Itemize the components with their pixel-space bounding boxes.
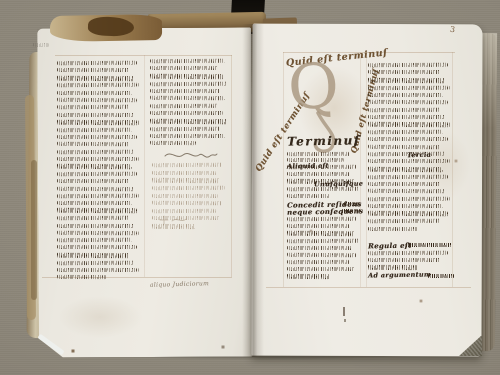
torn-edge-layer [31, 160, 37, 300]
script-line [150, 89, 220, 93]
script-line [368, 189, 445, 193]
closing-lemma: Ad argumentum [368, 270, 431, 279]
script-line [150, 126, 220, 130]
inline-lemma: Unuſquiſque [314, 180, 363, 189]
col-d-tail-text [368, 251, 452, 273]
ruling-line [283, 52, 284, 287]
script-line [57, 61, 137, 65]
ruling-line [231, 55, 232, 277]
script-line [57, 260, 134, 264]
script-line [368, 159, 450, 163]
script-line [57, 172, 137, 176]
col-d-main-text [368, 63, 452, 234]
script-line [57, 105, 129, 109]
script-line [57, 75, 134, 80]
script-line [287, 238, 359, 242]
parchment-stain [58, 296, 142, 338]
script-line [368, 219, 440, 223]
script-line [368, 196, 450, 201]
script-line [150, 118, 227, 123]
script-line [368, 182, 440, 186]
inline-lemma: Tercia [407, 151, 431, 159]
script-line [57, 68, 129, 72]
script-line [368, 211, 448, 216]
faint-shelfmark [33, 43, 50, 48]
script-line [368, 93, 443, 97]
script-line [368, 251, 448, 255]
script-line [57, 157, 139, 161]
manuscript-photo: aliquo Judiciorum 3 Quid eſt terminuſ Qu… [0, 0, 500, 375]
script-line [368, 107, 440, 111]
script-line [152, 186, 225, 190]
script-dash [342, 209, 360, 213]
script-line [57, 252, 129, 257]
script-line [287, 259, 350, 263]
script-line [368, 167, 443, 172]
script-line [287, 273, 329, 278]
script-line [57, 194, 139, 199]
quire-mark [343, 307, 345, 316]
script-line [150, 111, 223, 115]
script-line [57, 149, 134, 153]
script-line [57, 179, 129, 183]
script-dash [406, 243, 452, 247]
script-line [57, 238, 132, 242]
script-line [287, 217, 356, 221]
script-line [150, 96, 225, 100]
script-line [368, 145, 440, 149]
script-line [152, 163, 222, 167]
script-line [287, 224, 350, 228]
script-line [57, 231, 139, 236]
quire-mark-dot [344, 319, 346, 322]
script-line [368, 204, 443, 208]
ghost-flourish-cross [158, 214, 188, 226]
script-line [368, 100, 448, 104]
script-line [150, 134, 225, 138]
script-line [150, 141, 196, 145]
script-line [57, 216, 129, 220]
script-line [57, 224, 134, 228]
script-line [57, 201, 132, 205]
script-line [57, 268, 139, 272]
script-line [368, 85, 450, 90]
col-c-paragraph-2 [287, 217, 360, 281]
script-line [152, 201, 222, 205]
script-dash [428, 274, 454, 278]
script-line [287, 172, 350, 176]
script-line [152, 171, 216, 175]
foxing-specks [0, 0, 2, 2]
gutter-shadow [242, 24, 264, 357]
script-line [287, 194, 329, 198]
script-line [368, 174, 448, 178]
pen-flourish [163, 150, 219, 160]
script-line [57, 98, 137, 102]
section-header-terminus: Terminuſ [287, 133, 361, 148]
script-line [150, 74, 223, 79]
script-line [287, 267, 354, 271]
script-line [57, 113, 134, 117]
script-line [57, 83, 139, 88]
script-line [57, 135, 137, 139]
script-line [150, 59, 225, 63]
script-line [152, 178, 220, 183]
script-line [368, 265, 417, 270]
ruling-line [452, 52, 453, 287]
script-line [150, 81, 227, 85]
script-line [57, 120, 139, 125]
script-line [152, 208, 216, 212]
script-line [57, 142, 129, 146]
script-line [287, 252, 356, 256]
script-line [57, 164, 132, 169]
left-column-a-text [57, 61, 141, 282]
script-line [368, 122, 450, 127]
ruling-line [360, 52, 361, 287]
script-line [57, 127, 132, 131]
script-line [287, 152, 350, 156]
script-line [287, 231, 354, 236]
script-line [368, 227, 417, 231]
script-line [57, 245, 137, 249]
script-line [57, 208, 137, 213]
script-line [57, 91, 132, 95]
script-line [368, 137, 448, 141]
script-line [150, 104, 218, 108]
script-line [368, 70, 440, 74]
script-line [368, 130, 443, 134]
script-line [287, 246, 352, 250]
script-line [57, 275, 106, 279]
script-line [33, 43, 49, 47]
script-line [368, 77, 445, 82]
script-line [368, 258, 440, 262]
script-line [152, 194, 218, 198]
ruling-line [144, 55, 145, 277]
script-line [57, 186, 134, 190]
script-dash [344, 202, 360, 206]
script-line [368, 115, 445, 119]
ruling-line [266, 287, 471, 288]
script-line [368, 63, 448, 67]
left-column-b-upper-text [150, 59, 229, 149]
inline-lemma: Aliquid eſt [287, 162, 329, 171]
script-line [150, 66, 218, 70]
initial-q-tail [280, 95, 350, 160]
